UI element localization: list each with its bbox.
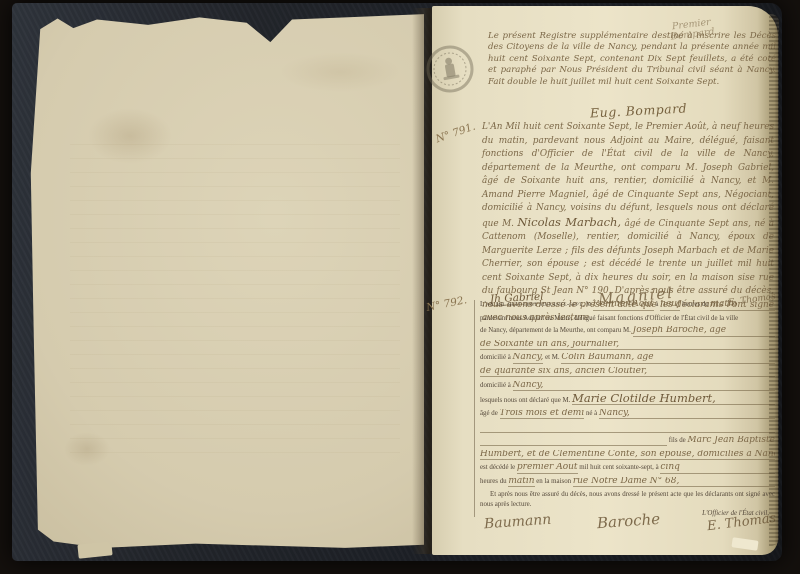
text-segment: âgé de bbox=[480, 409, 500, 419]
archival-register-photo: Premier Bompard Le présent Registre supp… bbox=[0, 0, 800, 574]
register-opening-statement: Le présent Registre supplémentaire desti… bbox=[488, 31, 776, 88]
text-segment: Nancy, bbox=[513, 381, 775, 392]
text-segment: fils de bbox=[667, 436, 687, 446]
text-segment: né à bbox=[584, 409, 599, 419]
text-segment: Marc Jean Baptiste bbox=[687, 436, 775, 446]
page-fore-edge bbox=[769, 14, 779, 546]
text-segment: matin bbox=[508, 477, 534, 488]
text-segment: Nicolas Marbach, bbox=[517, 215, 621, 229]
form-line: est décédé le premier Août mil huit cent… bbox=[480, 463, 775, 474]
form-line: pardevant nous Adjoint au Maire, délégué… bbox=[480, 314, 775, 324]
text-segment: Joseph Baroche, âgé bbox=[633, 326, 775, 337]
form-line: de quarante six ans, ancien Cloutier, bbox=[480, 367, 775, 378]
text-segment: heures du bbox=[480, 477, 508, 487]
act-792-printed-form: L'an mil huit cent soixante-sept, le Pre… bbox=[474, 300, 775, 517]
right-register-page: Premier Bompard Le présent Registre supp… bbox=[432, 6, 778, 555]
text-segment: Humbert, et de Clémentine Conte, son épo… bbox=[480, 450, 775, 461]
form-line: L'an mil huit cent soixante-sept, le Pre… bbox=[480, 300, 775, 311]
text-segment: Nancy, bbox=[513, 353, 544, 364]
text-segment: mil huit cent soixante-sept, à bbox=[578, 463, 661, 473]
signature-baroche: Baroche bbox=[597, 510, 661, 532]
act-792-signatures: Baumann Baroche E. Thomas bbox=[484, 512, 776, 530]
paper-stain bbox=[280, 52, 400, 92]
text-segment: rue Notre Dame N° 68, bbox=[573, 477, 775, 488]
torn-page-chip bbox=[731, 537, 758, 551]
text-segment: Le présent Registre supplémentaire desti… bbox=[488, 31, 776, 87]
text-segment: pardevant nous Adjoint au Maire, délégué… bbox=[480, 314, 738, 324]
text-segment: en la maison bbox=[535, 477, 573, 487]
text-segment: matin bbox=[710, 300, 775, 311]
act-number-792: N° 792. bbox=[425, 294, 468, 314]
ink-bleed-through bbox=[70, 132, 400, 462]
text-segment: Marie Clotilde Humbert, bbox=[572, 394, 775, 405]
text-segment: est décédé le bbox=[480, 463, 517, 473]
form-line: de Soixante un ans, journalier, bbox=[480, 340, 775, 351]
text-segment: neuf bbox=[660, 300, 680, 311]
form-line: domicilié à Nancy, et M. Colin Baumann, … bbox=[480, 353, 775, 364]
text-segment bbox=[480, 422, 775, 433]
text-segment: L'An Mil huit cent Soixante Sept, le Pre… bbox=[482, 122, 774, 229]
form-line: lesquels nous ont déclaré que M. Marie C… bbox=[480, 394, 775, 406]
text-segment: le bbox=[584, 300, 592, 310]
text-segment: domicilié à bbox=[480, 381, 513, 391]
act-number-791: N° 791. bbox=[434, 121, 477, 146]
text-segment: de Nancy, département de la Meurthe, ont… bbox=[480, 326, 633, 336]
official-seal-stamp-icon bbox=[421, 40, 479, 98]
form-line bbox=[480, 422, 775, 433]
text-segment: de Soixante un ans, journalier, bbox=[480, 340, 775, 351]
form-closing-clause: Et après nous être assuré du décès, nous… bbox=[480, 490, 775, 509]
text-segment: et M. bbox=[543, 353, 561, 363]
president-signature: Eug. Bompard bbox=[590, 100, 688, 120]
form-line: domicilié à Nancy, bbox=[480, 381, 775, 392]
text-segment: premier Août bbox=[517, 463, 578, 474]
form-line: de Nancy, département de la Meurthe, ont… bbox=[480, 326, 775, 337]
text-segment: Nancy, bbox=[599, 409, 775, 420]
signature-baumann: Baumann bbox=[484, 512, 552, 533]
form-line: fils de Marc Jean Baptiste bbox=[480, 436, 775, 447]
form-line: âgé de Trois mois et demi né à Nancy, bbox=[480, 409, 775, 420]
text-segment: domicilié à bbox=[480, 353, 513, 363]
text-segment: L'an mil huit cent soixante-sept, bbox=[480, 300, 584, 310]
text-segment: Colin Baumann, âgé bbox=[561, 353, 775, 364]
signature-thomas: E. Thomas bbox=[706, 511, 777, 534]
left-blank-page bbox=[30, 12, 424, 549]
text-segment bbox=[480, 436, 667, 447]
form-line: Humbert, et de Clémentine Conte, son épo… bbox=[480, 450, 775, 461]
text-segment: Trois mois et demi bbox=[500, 409, 585, 420]
text-segment: de quarante six ans, ancien Cloutier, bbox=[480, 367, 775, 378]
form-line: heures du matin en la maison rue Notre D… bbox=[480, 477, 775, 488]
text-segment: lesquels nous ont déclaré que M. bbox=[480, 396, 572, 406]
text-segment: Premier Août bbox=[593, 300, 654, 311]
text-segment: cinq bbox=[660, 463, 775, 474]
text-segment: heures du bbox=[680, 300, 710, 310]
